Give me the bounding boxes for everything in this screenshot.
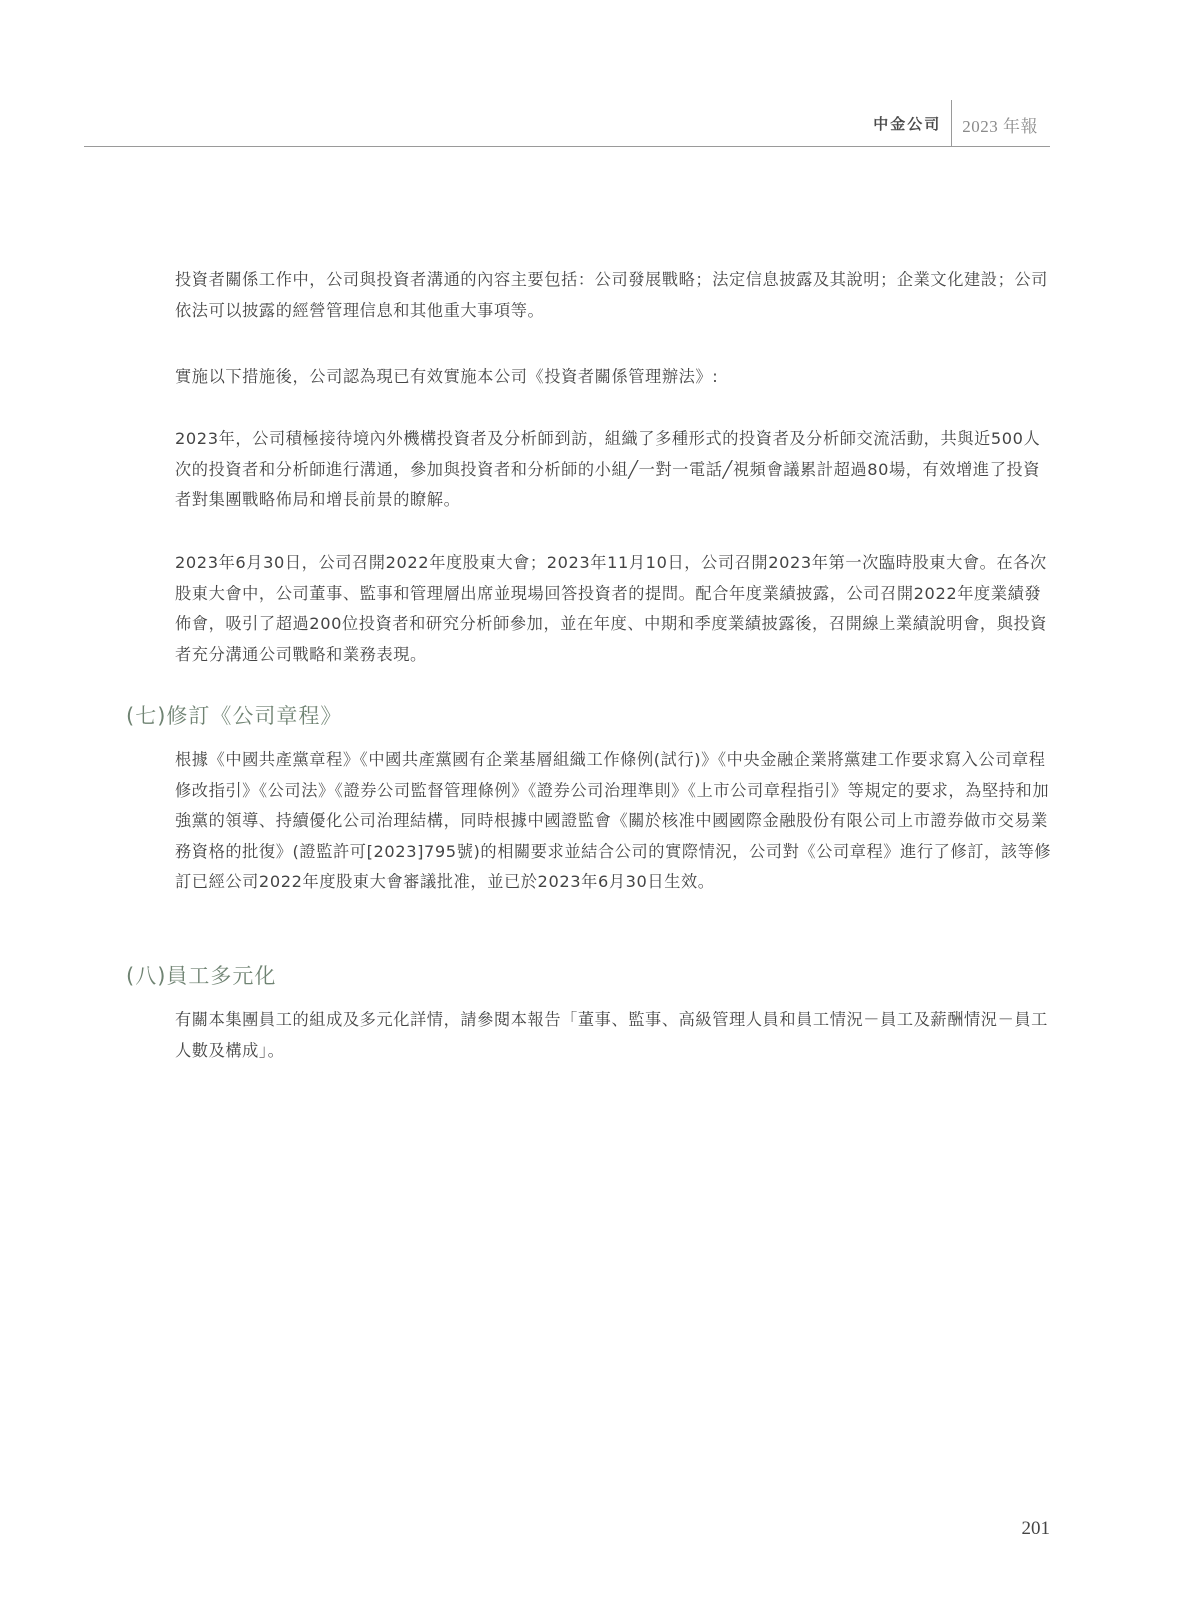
section-title-articles: (七)修訂《公司章程》 [126, 700, 342, 730]
report-title: 2023 年報 [952, 100, 1038, 137]
paragraph-ir-content: 投資者關係工作中，公司與投資者溝通的內容主要包括：公司發展戰略；法定信息披露及其… [175, 265, 1055, 326]
section-text-articles: 根據《中國共產黨章程》《中國共產黨國有企業基層組織工作條例(試行)》《中央金融企… [175, 745, 1055, 898]
page-header: 中金公司 2023 年報 [84, 0, 1050, 147]
header-title-block: 中金公司 2023 年報 [873, 100, 1038, 146]
paragraph-shareholder-meetings: 2023年6月30日，公司召開2022年度股東大會；2023年11月10日，公司… [175, 548, 1055, 670]
company-name: 中金公司 [873, 100, 951, 134]
paragraph-measures: 實施以下措施後，公司認為現已有效實施本公司《投資者關係管理辦法》: [175, 362, 1055, 393]
paragraph-2023-activities: 2023年，公司積極接待境內外機構投資者及分析師到訪，組織了多種形式的投資者及分… [175, 424, 1055, 516]
section-title-diversity: (八)員工多元化 [126, 960, 276, 990]
page-number: 201 [1022, 1518, 1051, 1540]
section-text-diversity: 有關本集團員工的組成及多元化詳情，請參閱本報告「董事、監事、高級管理人員和員工情… [175, 1005, 1055, 1066]
